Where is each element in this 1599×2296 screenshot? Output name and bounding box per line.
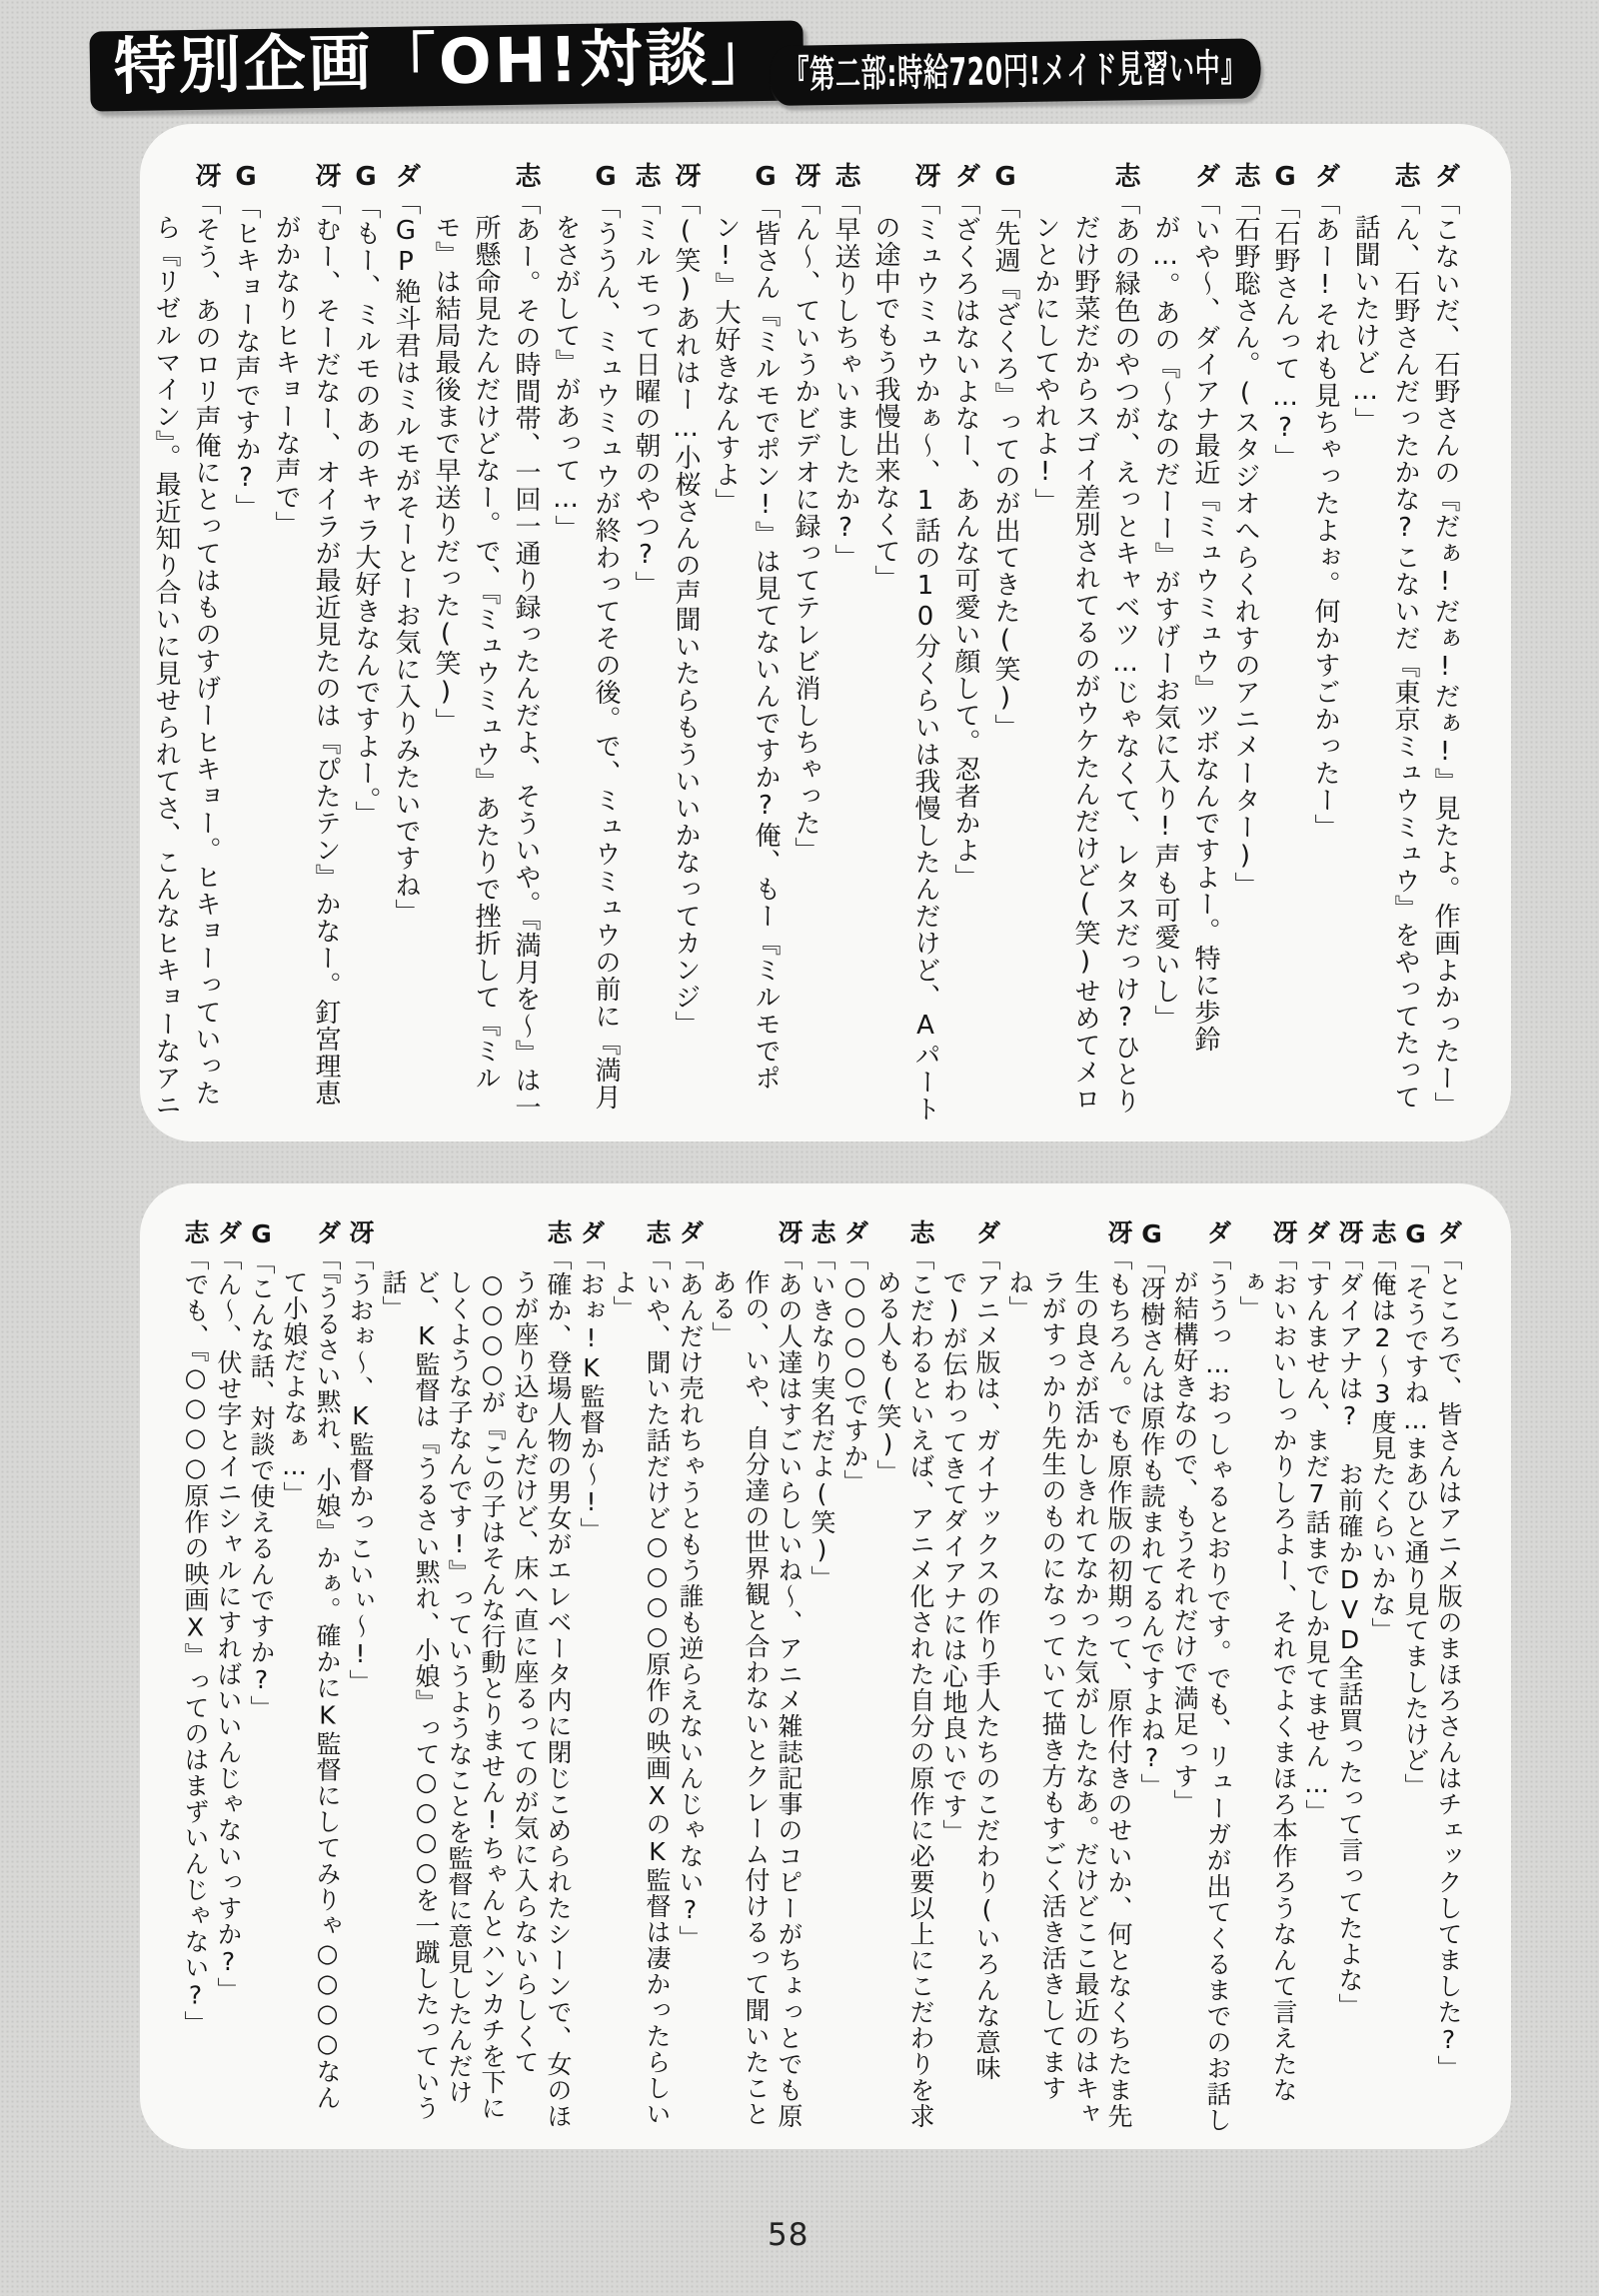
speaker-label: ダ bbox=[972, 1219, 1001, 1245]
speaker-label: ダ bbox=[1190, 162, 1220, 189]
speaker-label: G bbox=[990, 162, 1020, 193]
speaker-label: 冴 bbox=[1269, 1219, 1298, 1245]
speech-line-志: 志「ミルモって日曜の朝のやつ?」 bbox=[626, 162, 666, 1128]
speech-line-志: 志「いや、聞いた話だけど○○○○原作の映画XのK監督は凄かったらしいよ」 bbox=[608, 1219, 674, 2135]
speech-line-冴: 冴「あの人達はすごいらしいね〜、アニメ雑誌記事のコピーがちょっとでも原作の、いや… bbox=[707, 1219, 805, 2135]
speaker-label: 志 bbox=[544, 1219, 573, 1245]
speaker-label: ダ bbox=[1203, 1219, 1232, 1245]
speaker-label: 冴 bbox=[1104, 1219, 1133, 1245]
speaker-label: ダ bbox=[676, 1219, 705, 1245]
speaker-label: 志 bbox=[830, 162, 860, 189]
speaker-label: G bbox=[1270, 162, 1300, 193]
speech-line-冴: 冴「ミュウミュウかぁ〜、1話の10分くらいは我慢したんだけど、Aパートの途中でも… bbox=[865, 162, 945, 1128]
speech-line-G: G「冴樹さんは原作も読まれてるんですよね?」 bbox=[1135, 1219, 1168, 2135]
speaker-label: 冴 bbox=[671, 162, 701, 189]
speech-line-G: G「皆さん『ミルモでポン!』は見てないんですか?俺、もー『ミルモでポン!』大好き… bbox=[706, 162, 786, 1128]
speech-line-志: 志「あー。その時間帯、一回一通り録ったんだよ、そういや。『満月を〜』は一所懸命見… bbox=[426, 162, 546, 1128]
speaker-label: ダ bbox=[840, 1219, 869, 1245]
speaker-label: ダ bbox=[391, 162, 421, 189]
speaker-label: 志 bbox=[511, 162, 541, 189]
speaker-label: G bbox=[591, 162, 621, 193]
speaker-label: ダ bbox=[214, 1219, 243, 1245]
speech-line-冴: 冴「ん〜、ていうかビデオに録ってテレビ消しちゃった」 bbox=[786, 162, 825, 1128]
speaker-label: 志 bbox=[181, 1219, 210, 1245]
speaker-label: ダ bbox=[313, 1219, 342, 1245]
speech-line-志: 志「あの緑色のやつが、えっとキャベツ…じゃなくて、レタスだっけ?ひとりだけ野菜だ… bbox=[1025, 162, 1145, 1128]
speaker-label: 志 bbox=[643, 1219, 672, 1245]
speech-line-ダ: ダ「ん〜、伏せ字とイニシャルにすればいいんじゃないっすか?」 bbox=[212, 1219, 245, 2135]
speech-line-ダ: ダ「こないだ、石野さんの『だぁ!だぁ!だぁ!』見たよ。作画よかったー」 bbox=[1425, 162, 1465, 1128]
speaker-label: 志 bbox=[906, 1219, 935, 1245]
page-subtitle: 『第二部:時給720円!メイド見習い中』 bbox=[784, 46, 1246, 97]
speech-line-ダ: ダ「あー!それも見ちゃったよぉ。何かすごかったー」 bbox=[1305, 162, 1345, 1128]
speaker-label: 志 bbox=[1110, 162, 1140, 189]
speech-line-ダ: ダ「すんません、まだ7話までしか見てません…」 bbox=[1300, 1219, 1333, 2135]
page-number: 58 bbox=[768, 2217, 808, 2253]
speaker-label: G bbox=[247, 1219, 276, 1249]
speech-line-志: 志「いきなり実名だよ(笑)」 bbox=[805, 1219, 838, 2135]
speech-line-ダ: ダ「ところで、皆さんはアニメ版のまほろさんはチェックしてました?」 bbox=[1432, 1219, 1465, 2135]
speech-line-志: 志「こだわるといえば、アニメ化された自分の原作に必要以上にこだわりを求める人も(… bbox=[871, 1219, 937, 2135]
speech-line-志: 志「確か、登場人物の男女がエレベータ内に閉じこめられたシーンで、女のほうが座り込… bbox=[377, 1219, 575, 2135]
speaker-label: 冴 bbox=[1335, 1219, 1364, 1245]
speech-line-G: G「もー、ミルモのあのキャラ大好きなんですよー。」 bbox=[346, 162, 386, 1128]
speaker-label: G bbox=[1401, 1219, 1430, 1249]
speaker-label: 志 bbox=[631, 162, 661, 189]
speaker-label: ダ bbox=[950, 162, 980, 189]
speech-line-ダ: ダ「あんだけ売れちゃうともう誰も逆らえないんじゃない?」 bbox=[674, 1219, 707, 2135]
speech-line-志: 志「早送りしちゃいましたか?」 bbox=[825, 162, 865, 1128]
dialogue-panel-part1: ダ「こないだ、石野さんの『だぁ!だぁ!だぁ!』見たよ。作画よかったー」志「ん、石… bbox=[140, 124, 1511, 1142]
speech-line-ダ: ダ「○○○○ですか」 bbox=[838, 1219, 871, 2135]
speech-line-G: G「そうですね…まあひと通り見てましたけど」 bbox=[1399, 1219, 1432, 2135]
speaker-label: 冴 bbox=[346, 1219, 375, 1245]
speech-line-G: G「石野さんって…?」 bbox=[1265, 162, 1305, 1128]
speech-line-ダ: ダ「ううっ…おっしゃるとおりです。でも、リューガが出てくるまでのお話しが結構好き… bbox=[1168, 1219, 1234, 2135]
speech-line-G: G「ううん、ミュウミュウが終わってその後。で、ミュウミュウの前に『満月をさがして… bbox=[546, 162, 626, 1128]
speech-line-ダ: ダ「ざくろはないよなー、あんな可愛い顔して。忍者かよ」 bbox=[945, 162, 985, 1128]
speech-line-冴: 冴「(笑)あれはー…小桜さんの声聞いたらもういいかなってカンジ」 bbox=[666, 162, 706, 1128]
speech-line-志: 志「ん、石野さんだったかな?こないだ『東京ミュウミュウ』をやってたって話聞いたけ… bbox=[1345, 162, 1425, 1128]
speech-line-冴: 冴「そう、あのロリ声俺にとってはものすげーヒキョー。ヒキョーっていったら『リゼル… bbox=[140, 162, 226, 1128]
speaker-label: ダ bbox=[577, 1219, 606, 1245]
title-banner: 特別企画「OH!対談」 bbox=[89, 20, 803, 111]
speech-line-ダ: ダ「おぉ!K監督か〜!」 bbox=[575, 1219, 608, 2135]
speaker-label: 志 bbox=[1368, 1219, 1397, 1245]
speaker-label: ダ bbox=[1430, 162, 1460, 189]
speech-line-冴: 冴「うおぉ〜、K監督かっこいぃ〜!」 bbox=[344, 1219, 377, 2135]
speech-line-冴: 冴「もちろん。でも原作版の初期って、原作付きのせいか、何となくちたま先生の良さが… bbox=[1003, 1219, 1135, 2135]
speech-line-G: G「ヒキョーな声ですか?」 bbox=[226, 162, 266, 1128]
speech-line-ダ: ダ「アニメ版は、ガイナックスの作り手人たちのこだわり(いろんな意味で)が伝わって… bbox=[937, 1219, 1003, 2135]
speech-line-ダ: ダ「『うるさい黙れ、小娘』かぁ。確かにK監督にしてみりゃ○○○○なんて小娘だよな… bbox=[278, 1219, 344, 2135]
page-title: 特別企画「OH!対談」 bbox=[113, 20, 776, 103]
speaker-label: G bbox=[351, 162, 381, 193]
subtitle-banner: 『第二部:時給720円!メイド見習い中』 bbox=[770, 38, 1262, 106]
speaker-label: 冴 bbox=[775, 1219, 803, 1245]
speaker-label: 冴 bbox=[311, 162, 341, 189]
speech-line-冴: 冴「おいおいしっかりしろよー、それでよくまほろ本作ろうなんて言えたなぁ」 bbox=[1234, 1219, 1300, 2135]
speaker-label: ダ bbox=[1302, 1219, 1331, 1245]
speaker-label: ダ bbox=[1434, 1219, 1463, 1245]
speech-line-G: G「先週『ざくろ』ってのが出てきた(笑)」 bbox=[985, 162, 1025, 1128]
speaker-label: G bbox=[231, 162, 261, 193]
speech-line-ダ: ダ「いや〜、ダイアナ最近『ミュウミュウ』ツボなんですよー。特に歩鈴が…。あの『〜… bbox=[1145, 162, 1225, 1128]
speaker-label: G bbox=[751, 162, 781, 193]
speaker-label: G bbox=[1137, 1219, 1166, 1249]
speech-line-G: G「こんな話、対談で使えるんですか?」 bbox=[245, 1219, 278, 2135]
speaker-label: 冴 bbox=[791, 162, 820, 189]
dialogue-panel-part2: ダ「ところで、皆さんはアニメ版のまほろさんはチェックしてました?」G「そうですね… bbox=[140, 1183, 1511, 2149]
speaker-label: ダ bbox=[1310, 162, 1340, 189]
scanned-doujin-page: 特別企画「OH!対談」 『第二部:時給720円!メイド見習い中』 ダ「こないだ、… bbox=[0, 0, 1599, 2296]
speech-line-冴: 冴「むー、そーだなー、オイラが最近見たのは『ぴたテン』かなー。釘宮理恵がかなりヒ… bbox=[266, 162, 346, 1128]
speech-line-志: 志「俺は2〜3度見たくらいかな」 bbox=[1366, 1219, 1399, 2135]
speech-line-志: 志「でも、『○○○○原作の映画X』ってのはまずいんじゃない?」 bbox=[179, 1219, 212, 2135]
speaker-label: 冴 bbox=[910, 162, 940, 189]
speaker-label: 志 bbox=[807, 1219, 836, 1245]
speaker-label: 志 bbox=[1390, 162, 1420, 189]
speech-line-冴: 冴「ダイアナは? お前確かDVD全話買ったって言ってたよな」 bbox=[1333, 1219, 1366, 2135]
speaker-label: 冴 bbox=[191, 162, 221, 189]
speech-line-志: 志「石野聡さん。(スタジオへらくれすのアニメーター)」 bbox=[1225, 162, 1265, 1128]
speaker-label: 志 bbox=[1230, 162, 1260, 189]
speech-line-ダ: ダ「GP絶斗君はミルモがそーとーお気に入りみたいですね」 bbox=[386, 162, 426, 1128]
